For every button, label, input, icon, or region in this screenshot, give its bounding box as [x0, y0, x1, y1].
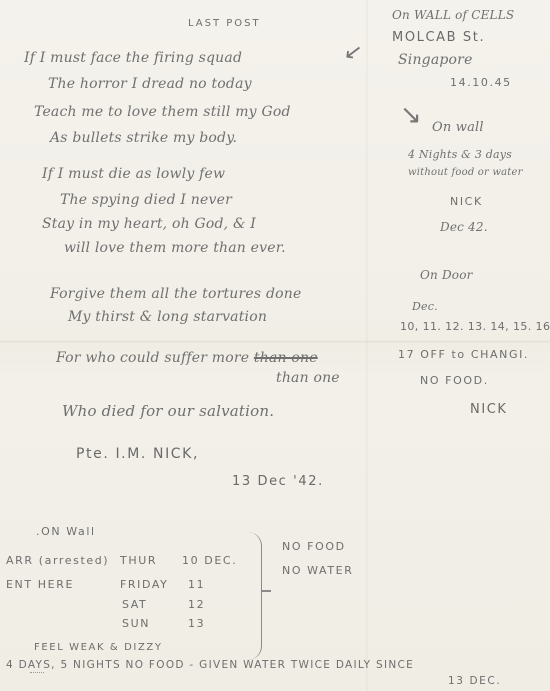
note-header: MOLCAB St.: [392, 30, 485, 45]
arrow-down-left-icon: ↙: [342, 39, 364, 66]
poem-line: The horror I dread no today: [48, 76, 252, 92]
note-text: FEEL WEAK & DIZZY: [34, 642, 163, 653]
signature-date: 13 Dec '42.: [232, 474, 324, 489]
note-header: Singapore: [398, 52, 473, 68]
poem-line: If I must die as lowly few: [42, 166, 225, 182]
arrow-down-right-icon: ↘: [400, 100, 422, 130]
note-label: On Door: [420, 268, 473, 282]
poem-insert-text: than one: [276, 370, 340, 386]
note-date: 14.10.45: [450, 76, 512, 89]
poem-line: The spying died I never: [60, 192, 232, 208]
paper-fold-horizontal: [0, 341, 550, 343]
note-date: Dec 42.: [440, 220, 488, 234]
note-sat-day: SAT: [122, 598, 147, 611]
poem-line: My thirst & long starvation: [68, 309, 267, 325]
poem-line: If I must face the firing squad: [24, 50, 242, 66]
note-signature: NICK: [470, 402, 508, 417]
paper-fold-vertical: [366, 0, 368, 691]
note-arr-date: 10 DEC.: [182, 554, 237, 567]
scribble-mark: [30, 672, 44, 674]
note-final-date: 13 DEC.: [448, 675, 501, 687]
note-header: On WALL of CELLS: [392, 8, 514, 22]
note-label: On wall: [432, 120, 484, 135]
note-arr-label: ARR (arrested): [6, 554, 109, 567]
curly-brace-icon: [243, 532, 262, 660]
brace-note: NO WATER: [282, 564, 353, 577]
poem-line: For who could suffer more than one: [56, 350, 318, 366]
handwritten-letter-page: LAST POST If I must face the firing squa…: [0, 0, 550, 691]
poem-title: LAST POST: [188, 18, 261, 29]
poem-line: Stay in my heart, oh God, & I: [42, 216, 256, 232]
note-sat-date: 12: [188, 598, 205, 611]
note-days: 10, 11. 12. 13. 14, 15. 16.: [400, 320, 550, 333]
note-text: 17 OFF to CHANGI.: [398, 348, 529, 361]
note-sun-date: 13: [188, 617, 205, 630]
note-text: NO FOOD.: [420, 374, 489, 387]
note-ent-day: FRIDAY: [120, 578, 168, 591]
signature: Pte. I.M. NICK,: [76, 446, 199, 462]
note-sun-day: SUN: [122, 617, 150, 630]
brace-note: NO FOOD: [282, 540, 346, 553]
poem-line: Who died for our salvation.: [62, 402, 274, 420]
poem-line: Forgive them all the tortures done: [50, 286, 301, 302]
note-label: .ON Wall: [36, 525, 96, 538]
poem-line-text: For who could suffer more: [56, 350, 249, 366]
poem-line: Teach me to love them still my God: [34, 104, 291, 120]
struck-through-text: than one: [254, 350, 318, 366]
note-ent-date: 11: [188, 578, 205, 591]
note-text: without food or water: [408, 167, 523, 178]
note-month: Dec.: [412, 300, 438, 313]
poem-line: will love them more than ever.: [64, 240, 286, 256]
note-text: 4 Nights & 3 days: [408, 148, 512, 161]
note-ent-label: ENT HERE: [6, 578, 74, 591]
note-signature: NICK: [450, 195, 483, 208]
note-arr-day: THUR: [120, 554, 157, 567]
poem-line: As bullets strike my body.: [50, 130, 237, 146]
note-final-line: 4 DAYS, 5 NIGHTS NO FOOD - GIVEN WATER T…: [6, 659, 414, 671]
